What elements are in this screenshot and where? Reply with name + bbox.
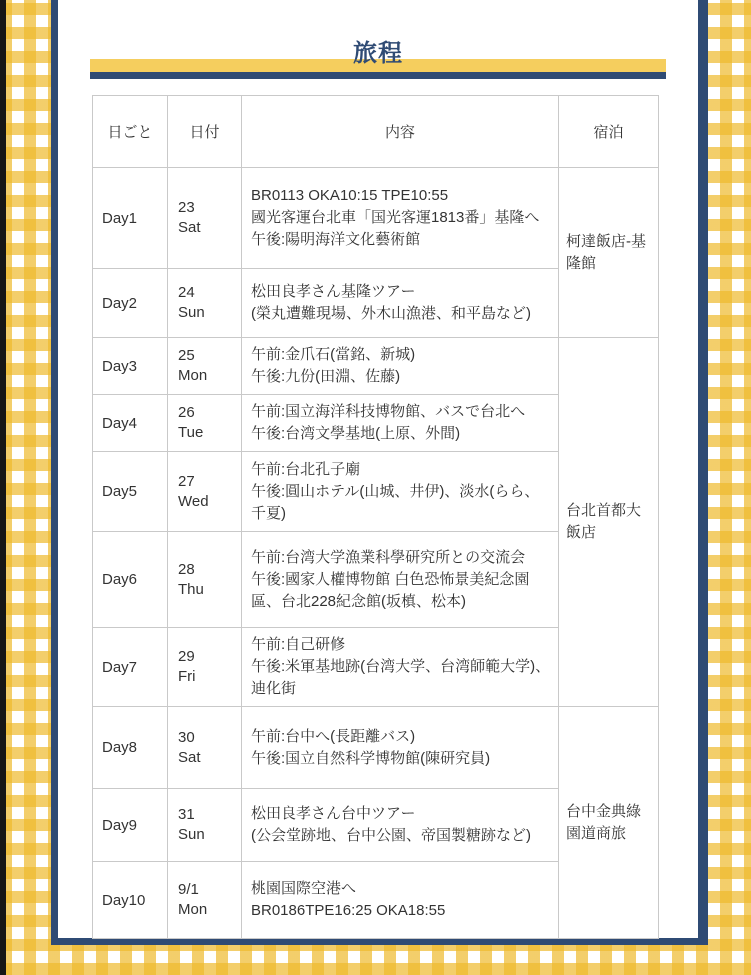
lodging-cell: 台北首都大飯店 — [559, 338, 659, 707]
day-cell: Day1 — [93, 168, 168, 269]
date-cell: 24 Sun — [168, 269, 242, 338]
day-cell: Day3 — [93, 338, 168, 395]
content-cell: 松田良孝さん台中ツアー (公会堂跡地、台中公園、帝国製糖跡など) — [242, 789, 559, 862]
itinerary-table-wrap: 日ごと 日付 内容 宿泊 Day1 23 Sat BR0113 OKA10:15… — [92, 95, 698, 939]
date-cell: 9/1 Mon — [168, 862, 242, 939]
header-cell-day: 日ごと — [93, 96, 168, 168]
content-cell: BR0113 OKA10:15 TPE10:55 國光客運台北車「国光客運181… — [242, 168, 559, 269]
date-cell: 29 Fri — [168, 628, 242, 707]
header-cell-lodging: 宿泊 — [559, 96, 659, 168]
date-cell: 30 Sat — [168, 707, 242, 789]
day-cell: Day7 — [93, 628, 168, 707]
header-cell-content: 内容 — [242, 96, 559, 168]
day-cell: Day10 — [93, 862, 168, 939]
left-edge-strip — [0, 0, 6, 975]
date-cell: 31 Sun — [168, 789, 242, 862]
content-cell: 午前:国立海洋科技博物館、バスで台北へ 午後:台湾文學基地(上原、外間) — [242, 395, 559, 452]
page-background: { "title": "旅程", "colors": { "navy": "#2… — [0, 0, 751, 975]
lodging-cell: 台中金典綠園道商旅 — [559, 707, 659, 939]
page-title: 旅程 — [58, 42, 698, 66]
day-cell: Day4 — [93, 395, 168, 452]
itinerary-table: 日ごと 日付 内容 宿泊 Day1 23 Sat BR0113 OKA10:15… — [92, 95, 659, 939]
date-cell: 27 Wed — [168, 452, 242, 532]
content-cell: 午前:金爪石(當銘、新城) 午後:九份(田淵、佐藤) — [242, 338, 559, 395]
content-cell: 午前:台湾大学漁業科學研究所との交流会 午後:國家人權博物館 白色恐怖景美紀念園… — [242, 532, 559, 628]
content-cell: 桃園国際空港へ BR0186TPE16:25 OKA18:55 — [242, 862, 559, 939]
itinerary-card: 旅程 日ごと 日付 内容 宿泊 — [51, 0, 708, 945]
content-cell: 松田良孝さん基隆ツアー (榮丸遭難現場、外木山漁港、和平島など) — [242, 269, 559, 338]
header-row: 日ごと 日付 内容 宿泊 — [93, 96, 659, 168]
content-cell: 午前:台中へ(長距離バス) 午後:国立自然科学博物館(陳研究員) — [242, 707, 559, 789]
lodging-cell: 柯達飯店-基隆館 — [559, 168, 659, 338]
content-cell: 午前:台北孔子廟 午後:圓山ホテル(山城、井伊)、淡水(らら、千夏) — [242, 452, 559, 532]
title-underline-navy — [90, 72, 666, 79]
day-cell: Day6 — [93, 532, 168, 628]
content-cell: 午前:自己研修 午後:米軍基地跡(台湾大学、台湾師範大学)、迪化街 — [242, 628, 559, 707]
day-cell: Day9 — [93, 789, 168, 862]
table-row: Day3 25 Mon 午前:金爪石(當銘、新城) 午後:九份(田淵、佐藤) 台… — [93, 338, 659, 395]
date-cell: 28 Thu — [168, 532, 242, 628]
date-cell: 23 Sat — [168, 168, 242, 269]
table-row: Day1 23 Sat BR0113 OKA10:15 TPE10:55 國光客… — [93, 168, 659, 269]
day-cell: Day8 — [93, 707, 168, 789]
date-cell: 26 Tue — [168, 395, 242, 452]
day-cell: Day2 — [93, 269, 168, 338]
table-row: Day8 30 Sat 午前:台中へ(長距離バス) 午後:国立自然科学博物館(陳… — [93, 707, 659, 789]
header-cell-date: 日付 — [168, 96, 242, 168]
day-cell: Day5 — [93, 452, 168, 532]
date-cell: 25 Mon — [168, 338, 242, 395]
